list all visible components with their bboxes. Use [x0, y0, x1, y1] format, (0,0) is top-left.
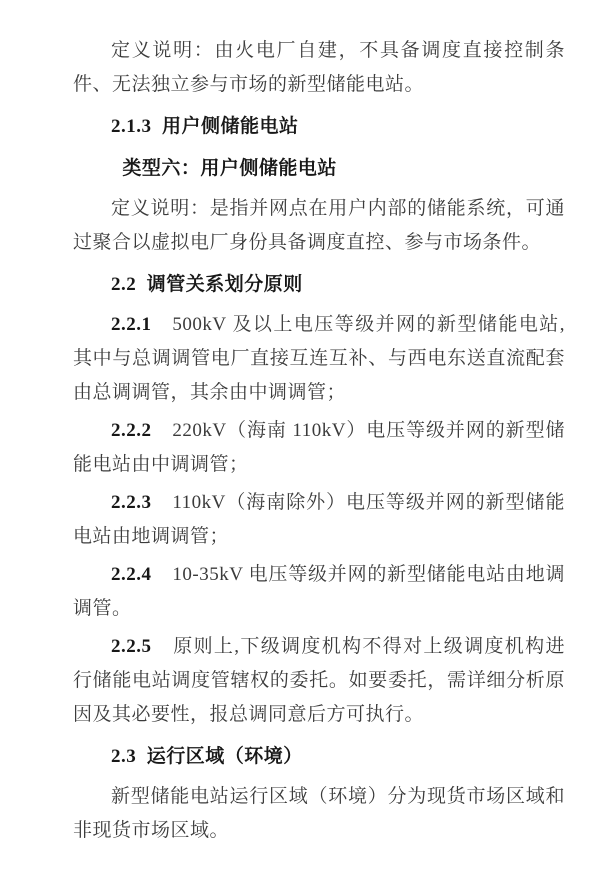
paragraph-operating-region: 新型储能电站运行区域（环境）分为现货市场区域和非现货市场区域。: [73, 780, 565, 848]
clause-2-2-1: 2.2.1500kV 及以上电压等级并网的新型储能电站,其中与总调调管电厂直接互…: [73, 308, 565, 410]
heading-text: 类型六：用户侧储能电站: [122, 158, 337, 179]
clause-2-2-3: 2.2.3110kV（海南除外）电压等级并网的新型储能电站由地调调管；: [73, 486, 565, 554]
heading-text: 调管关系划分原则: [147, 274, 303, 295]
heading-text: 用户侧储能电站: [162, 116, 299, 137]
clause-number: 2.2.5: [111, 636, 152, 657]
heading-2-3: 2.3运行区域（环境）: [73, 740, 565, 774]
clause-number: 2.2.4: [111, 564, 152, 585]
clause-number: 2.1.3: [111, 116, 152, 137]
document-page: 定义说明：由火电厂自建，不具备调度直接控制条件、无法独立参与市场的新型储能电站。…: [0, 0, 607, 878]
heading-2-1-3: 2.1.3用户侧储能电站: [73, 110, 565, 144]
paragraph-text: 定义说明：由火电厂自建，不具备调度直接控制条件、无法独立参与市场的新型储能电站。: [73, 40, 565, 95]
heading-2-2: 2.2调管关系划分原则: [73, 268, 565, 302]
clause-2-2-5: 2.2.5原则上,下级调度机构不得对上级调度机构进行储能电站调度管辖权的委托。如…: [73, 630, 565, 732]
heading-type-six: 类型六：用户侧储能电站: [73, 152, 565, 186]
clause-2-2-2: 2.2.2220kV（海南 110kV）电压等级并网的新型储能电站由中调调管；: [73, 414, 565, 482]
clause-2-2-4: 2.2.410-35kV 电压等级并网的新型储能电站由地调调管。: [73, 558, 565, 626]
paragraph-text: 新型储能电站运行区域（环境）分为现货市场区域和非现货市场区域。: [73, 786, 565, 841]
clause-number: 2.2.2: [111, 420, 152, 441]
clause-number: 2.2.1: [111, 314, 152, 335]
paragraph-definition-1: 定义说明：由火电厂自建，不具备调度直接控制条件、无法独立参与市场的新型储能电站。: [73, 34, 565, 102]
clause-number: 2.2: [111, 274, 136, 295]
heading-text: 运行区域（环境）: [147, 746, 303, 767]
paragraph-text: 定义说明：是指并网点在用户内部的储能系统，可通过聚合以虚拟电厂身份具备调度直控、…: [73, 198, 565, 253]
document-content: 定义说明：由火电厂自建，不具备调度直接控制条件、无法独立参与市场的新型储能电站。…: [73, 30, 565, 852]
clause-number: 2.2.3: [111, 492, 152, 513]
clause-number: 2.3: [111, 746, 136, 767]
paragraph-definition-2: 定义说明：是指并网点在用户内部的储能系统，可通过聚合以虚拟电厂身份具备调度直控、…: [73, 192, 565, 260]
